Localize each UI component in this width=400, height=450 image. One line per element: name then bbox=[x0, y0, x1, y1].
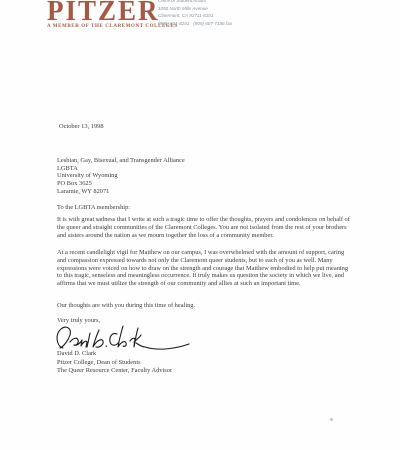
signoff-block: David D. Clark Pitzer College, Dean of S… bbox=[57, 350, 172, 376]
recipient-line: Lesbian, Gay, Bisexual, and Transgender … bbox=[57, 157, 185, 165]
recipient-line: University of Wyoming bbox=[57, 172, 185, 180]
contact-city-line: Claremont, CA 91711-6101 bbox=[158, 12, 232, 20]
recipient-address-block: Lesbian, Gay, Bisexual, and Transgender … bbox=[57, 157, 185, 196]
recipient-line: LGBTA bbox=[57, 165, 185, 173]
recipient-line: PO Box 3625 bbox=[57, 180, 185, 188]
signoff-title: Pitzer College, Dean of Students bbox=[57, 359, 172, 368]
body-paragraph-1: It is with great sadness that I write at… bbox=[57, 216, 350, 239]
scan-speck bbox=[330, 418, 333, 421]
recipient-line: Laramie, WY 82071 bbox=[57, 188, 185, 196]
body-paragraph-2: At a recent candlelight vigil for Matthe… bbox=[57, 249, 350, 288]
contact-phone-line: (909) 621-8241 (909) 607-7136 fax bbox=[158, 20, 232, 28]
contact-street-line: 1050 North Mills Avenue bbox=[158, 5, 232, 13]
signoff-name: David D. Clark bbox=[57, 350, 172, 359]
letterhead-contact-block: Office of Student Affairs 1050 North Mil… bbox=[158, 0, 232, 27]
letter-date: October 13, 1998 bbox=[59, 123, 104, 131]
scanned-letter-page: PITZER A Member of The Claremont College… bbox=[0, 0, 400, 450]
body-paragraph-3: Our thoughts are with you during this ti… bbox=[57, 302, 350, 310]
salutation: To the LGBTA membership: bbox=[57, 204, 130, 212]
handwritten-signature bbox=[53, 320, 195, 354]
signoff-role: The Queer Resource Center, Faculty Advis… bbox=[57, 367, 172, 376]
